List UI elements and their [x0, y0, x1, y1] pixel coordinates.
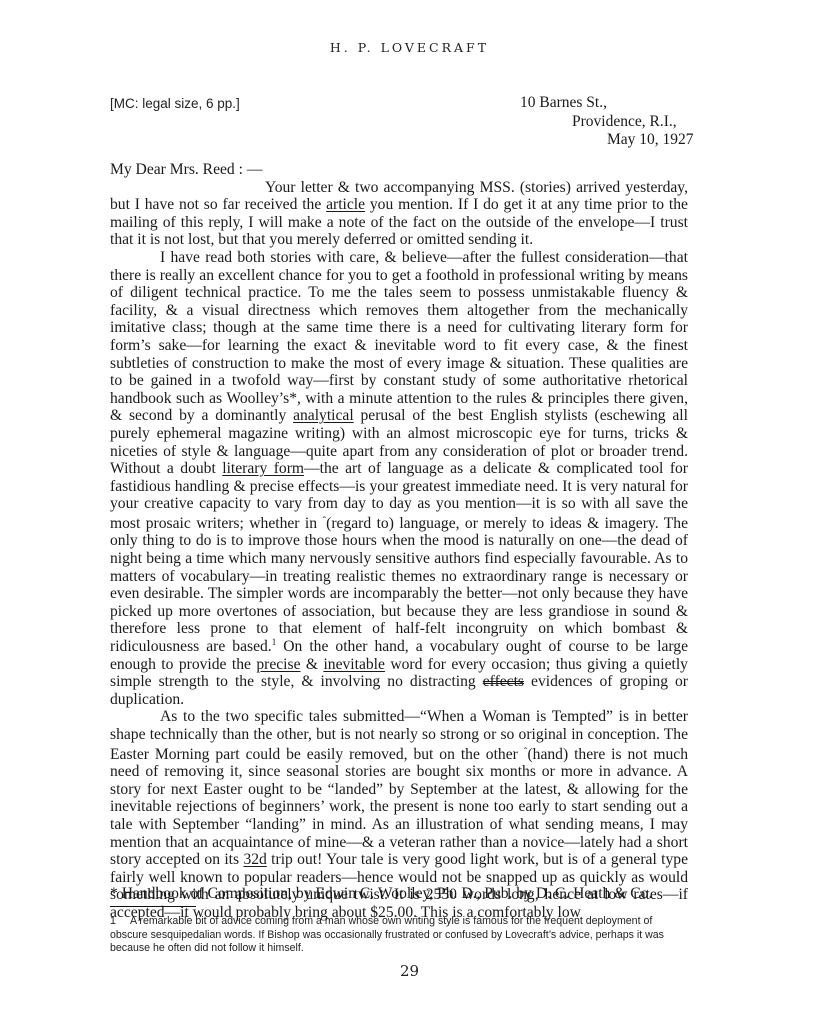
underlined-word: analytical [293, 407, 354, 424]
letter-body: My Dear Mrs. Reed : — Your letter & two … [110, 161, 688, 922]
paragraph-1: Your letter & two accompanying MSS. (sto… [110, 179, 688, 249]
salutation: My Dear Mrs. Reed : — [110, 161, 688, 179]
underlined-word: article [326, 196, 365, 213]
running-head: H. P. LOVECRAFT [0, 40, 819, 55]
underlined-word: literary form [222, 460, 304, 477]
address-city: Providence, R.I., [520, 113, 690, 132]
asterisk-note: * Handbook of Composition, by Edwin C. W… [110, 885, 688, 903]
text-span: & [301, 656, 324, 673]
paragraph-2: I have read both stories with care, & be… [110, 249, 688, 708]
inserted-text: (regard to) [326, 515, 394, 532]
footnote: 1A remarkable bit of advice coming from … [110, 915, 692, 956]
document-page: H. P. LOVECRAFT [MC: legal size, 6 pp.] … [0, 0, 819, 1024]
underlined-word: inevitable [323, 656, 384, 673]
letter-date: May 10, 1927 [520, 131, 690, 150]
page-number: 29 [0, 962, 819, 980]
struck-word: effects [483, 673, 524, 690]
underlined-word: 32d [243, 851, 266, 868]
text-span: there is not much need of removing it, s… [110, 746, 688, 869]
address-street: 10 Barnes St., [520, 94, 690, 113]
underlined-word: precise [256, 656, 300, 673]
text-span: I have read both stories with care, & be… [110, 249, 688, 424]
inserted-text: (hand) [527, 746, 568, 763]
text-span: language, or merely to ideas & imagery. … [110, 515, 688, 655]
footnote-number: 1 [110, 915, 130, 929]
footnote-text: A remarkable bit of advice coming from a… [110, 915, 664, 954]
footnote-divider [110, 906, 196, 907]
letter-address: 10 Barnes St., Providence, R.I., May 10,… [520, 94, 690, 150]
editorial-note: [MC: legal size, 6 pp.] [110, 96, 240, 111]
